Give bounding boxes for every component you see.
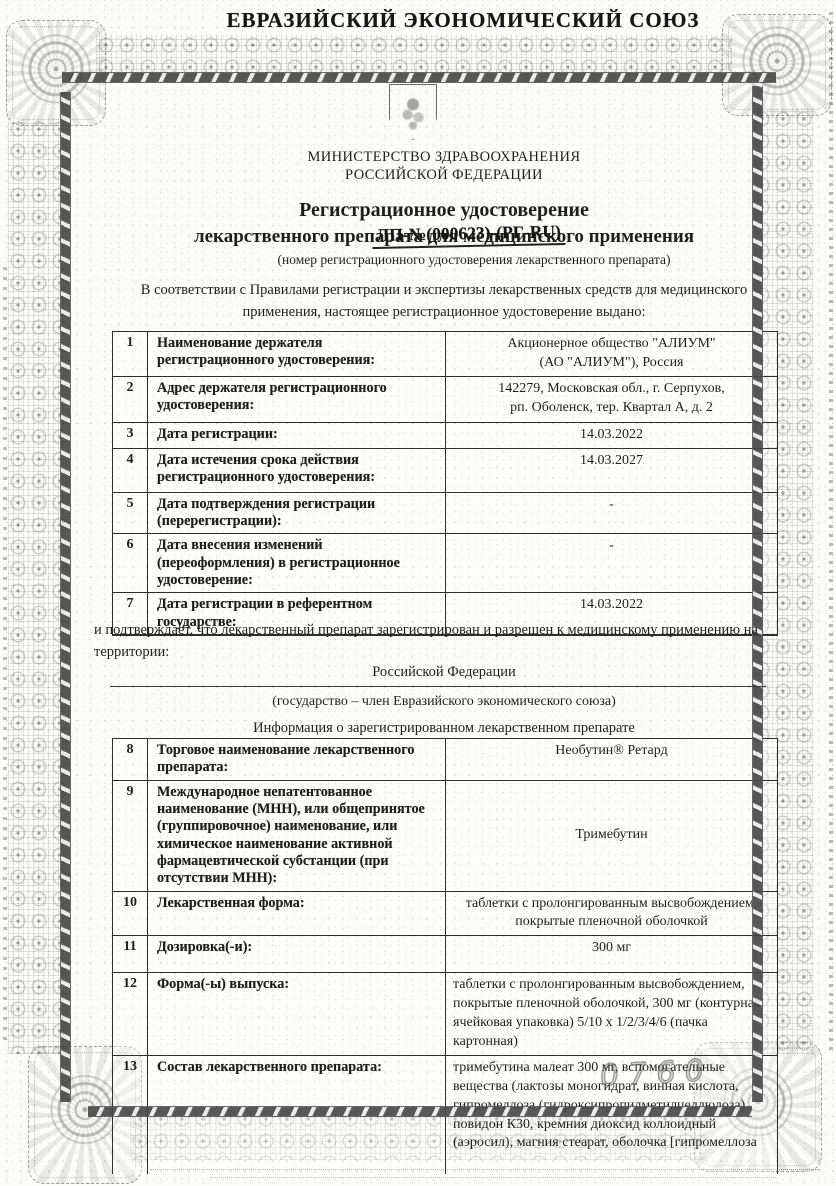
- row-value: Акционерное общество "АЛИУМ" (АО "АЛИУМ"…: [446, 332, 777, 376]
- row-value: -: [446, 493, 777, 534]
- row-number: 12: [113, 973, 147, 1055]
- border-band-top: [62, 72, 776, 83]
- document-title-line2: лекарственного препарата для медицинског…: [112, 226, 802, 248]
- row-value: 14.03.2022: [446, 423, 777, 448]
- row-number: 2: [113, 377, 147, 422]
- row-number: 9: [113, 781, 147, 891]
- table-row: 1 Наименование держателя регистрационног…: [113, 332, 777, 377]
- table-row: 3 Дата регистрации: 14.03.2022: [113, 423, 777, 449]
- table-row: 4 Дата истечения срока действия регистра…: [113, 449, 777, 493]
- row-label: Дата внесения изменений (переоформления)…: [147, 534, 446, 592]
- row-number: 8: [113, 739, 147, 780]
- row-label: Адрес держателя регистрационного удостов…: [147, 377, 446, 422]
- table-row: 10 Лекарственная форма: таблетки с проло…: [113, 892, 777, 937]
- registration-details-table: 1 Наименование держателя регистрационног…: [112, 331, 778, 636]
- row-label: Наименование держателя регистрационного …: [147, 332, 446, 376]
- row-value: 300 мг: [446, 936, 777, 972]
- table-row: 2 Адрес держателя регистрационного удост…: [113, 377, 777, 423]
- certificate-page: ЕВРАЗИЙСКИЙ ЭКОНОМИЧЕСКИЙ СОЮЗ МИНИСТЕРС…: [0, 0, 836, 1186]
- registration-number-stamp: ЛП-№(000623)-(РГ-RU): [372, 221, 565, 249]
- table-row: 6 Дата внесения изменений (переоформлени…: [113, 534, 777, 593]
- border-band-bottom: [88, 1106, 752, 1117]
- table-row: 9 Международное непатентованное наименов…: [113, 781, 777, 892]
- row-label: Международное непатентованное наименован…: [147, 781, 446, 891]
- row-number: 5: [113, 493, 147, 534]
- row-value: Тримебутин: [446, 781, 777, 891]
- border-band-left: [60, 92, 71, 1102]
- table-row: 11 Дозировка(-и): 300 мг: [113, 936, 777, 973]
- row-value: таблетки с пролонгированным высвобождени…: [446, 892, 777, 936]
- territory-name: Российской Федерации: [112, 664, 776, 681]
- row-label: Форма(-ы) выпуска:: [147, 973, 446, 1055]
- serial-number-overprint: 0760: [598, 1053, 714, 1094]
- row-value: 142279, Московская обл., г. Серпухов, рп…: [446, 377, 777, 422]
- table-row: 8 Торговое наименование лекарственного п…: [113, 739, 777, 781]
- row-number: 6: [113, 534, 147, 592]
- row-label: Лекарственная форма:: [147, 892, 446, 936]
- row-number: 4: [113, 449, 147, 492]
- territory-caption: (государство – член Евразийского экономи…: [112, 694, 776, 710]
- union-header: ЕВРАЗИЙСКИЙ ЭКОНОМИЧЕСКИЙ СОЮЗ: [90, 8, 836, 33]
- confirmation-text: и подтверждает, что лекарственный препар…: [94, 620, 800, 664]
- ministry-name: МИНИСТЕРСТВО ЗДРАВООХРАНЕНИЯ РОССИЙСКОЙ …: [112, 148, 776, 184]
- row-number: 10: [113, 892, 147, 936]
- table-row: 5 Дата подтверждения регистрации (перере…: [113, 493, 777, 535]
- row-value: 14.03.2027: [446, 449, 777, 492]
- row-value: -: [446, 534, 777, 592]
- document-title-line1: Регистрационное удостоверение: [112, 199, 828, 222]
- intro-paragraph: В соответствии с Правилами регистрации и…: [112, 279, 776, 324]
- row-number: 1: [113, 332, 147, 376]
- territory-underline: [110, 686, 766, 687]
- row-label: Дата регистрации:: [147, 423, 446, 448]
- scan-artifact-line: [210, 1177, 776, 1178]
- row-number: 11: [113, 936, 147, 972]
- row-label: Дата подтверждения регистрации (перереги…: [147, 493, 446, 534]
- row-number: 3: [113, 423, 147, 448]
- reg-number-caption: (номер регистрационного удостоверения ле…: [112, 252, 806, 268]
- row-value: таблетки с пролонгированным высвобождени…: [446, 973, 777, 1055]
- row-value: Необутин® Ретард: [446, 739, 777, 780]
- table-row: 12 Форма(-ы) выпуска: таблетки с пролонг…: [113, 973, 777, 1056]
- row-label: Торговое наименование лекарственного пре…: [147, 739, 446, 780]
- scan-edge-ticks-right: [829, 10, 833, 1050]
- coat-of-arms-emblem: [389, 84, 437, 140]
- scan-edge-ticks-left: [3, 260, 7, 1040]
- row-label: Дата истечения срока действия регистраци…: [147, 449, 446, 492]
- row-label: Дозировка(-и):: [147, 936, 446, 972]
- info-section-heading: Информация о зарегистрированном лекарств…: [112, 720, 776, 737]
